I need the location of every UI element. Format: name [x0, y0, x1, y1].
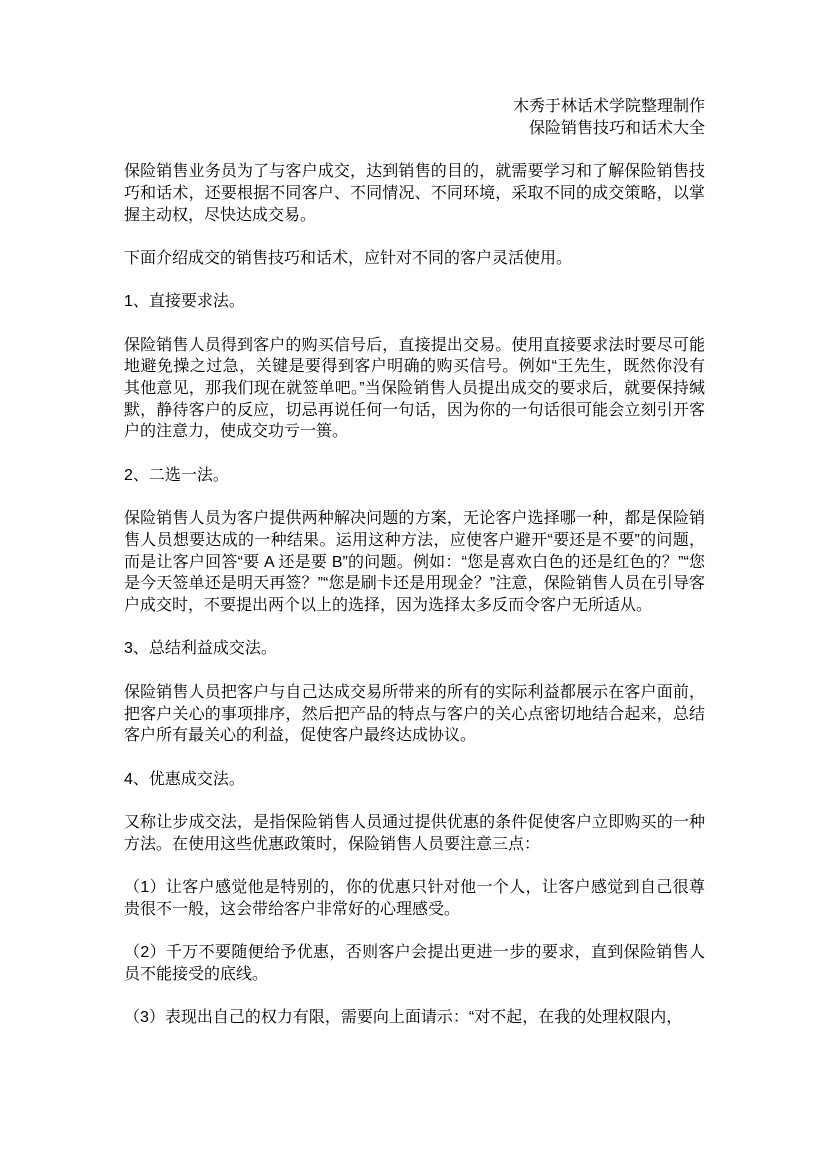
header-title-line: 保险销售技巧和话术大全	[124, 118, 705, 140]
section-1-heading: 1、直接要求法。	[124, 291, 705, 313]
section-2-heading: 2、二选一法。	[124, 465, 705, 487]
document-header: 木秀于林话术学院整理制作 保险销售技巧和话术大全	[124, 96, 705, 139]
document-page: 木秀于林话术学院整理制作 保险销售技巧和话术大全 保险销售业务员为了与客户成交，…	[0, 0, 827, 1169]
tip-2-paragraph: （2）千万不要随便给予优惠，否则客户会提出更进一步的要求，直到保险销售人员不能接…	[124, 942, 705, 985]
section-4-body: 又称让步成交法，是指保险销售人员通过提供优惠的条件促使客户立即购买的一种方法。在…	[124, 812, 705, 855]
tip-3-paragraph: （3）表现出自己的权力有限，需要向上面请示：“对不起，在我的处理权限内，	[124, 1007, 705, 1029]
intro-paragraph: 保险销售业务员为了与客户成交，达到销售的目的，就需要学习和了解保险销售技巧和话术…	[124, 161, 705, 226]
header-credit-line: 木秀于林话术学院整理制作	[124, 96, 705, 118]
section-3-body: 保险销售人员把客户与自己达成交易所带来的所有的实际利益都展示在客户面前，把客户关…	[124, 682, 705, 747]
section-3-heading: 3、总结利益成交法。	[124, 638, 705, 660]
section-1-body: 保险销售人员得到客户的购买信号后，直接提出交易。使用直接要求法时要尽可能地避免操…	[124, 335, 705, 444]
section-2-body: 保险销售人员为客户提供两种解决问题的方案，无论客户选择哪一种，都是保险销售人员想…	[124, 508, 705, 617]
tip-1-paragraph: （1）让客户感觉他是特别的，你的优惠只针对他一个人，让客户感觉到自己很尊贵很不一…	[124, 877, 705, 920]
usage-note-paragraph: 下面介绍成交的销售技巧和话术，应针对不同的客户灵活使用。	[124, 248, 705, 270]
section-4-heading: 4、优惠成交法。	[124, 769, 705, 791]
document-content: 木秀于林话术学院整理制作 保险销售技巧和话术大全 保险销售业务员为了与客户成交，…	[124, 96, 705, 1029]
